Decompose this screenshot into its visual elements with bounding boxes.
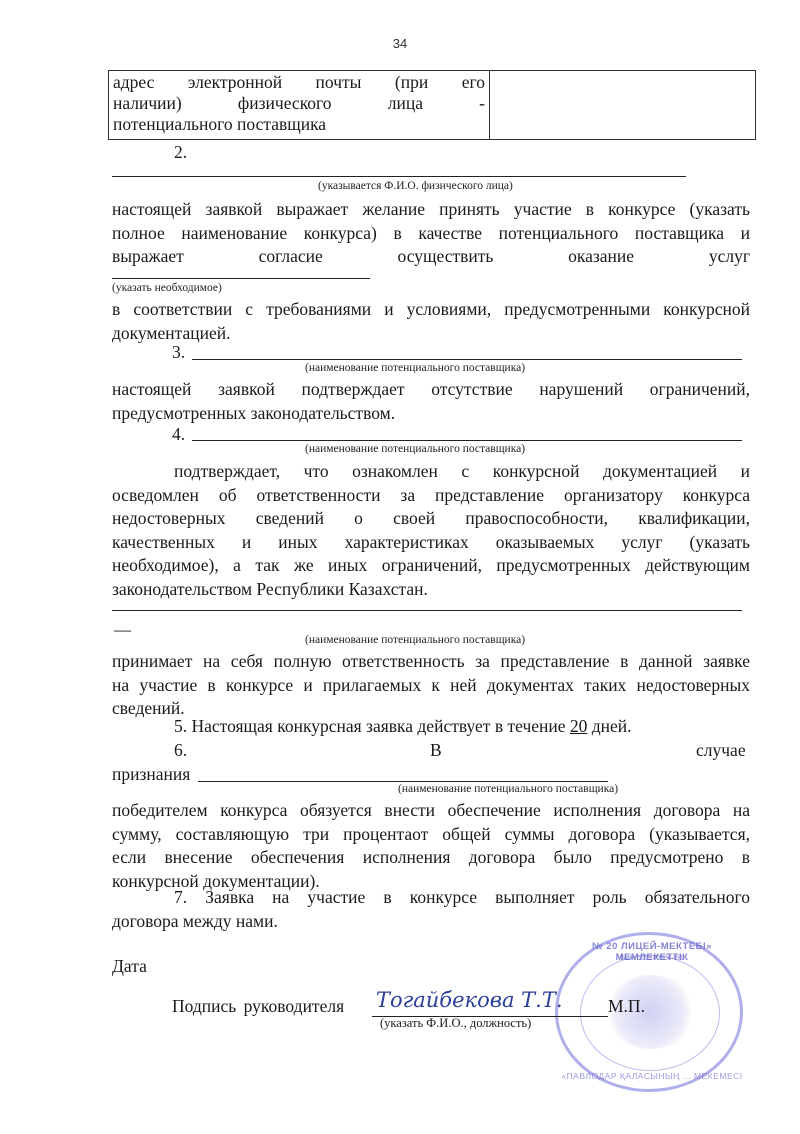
stamp-bin: БСН 021240004491 [558,955,746,962]
text-line: документацией. [112,322,750,346]
text-line: выражает согласие осуществить оказание у… [112,245,750,269]
item-5-text-end: дней. [587,716,631,736]
handwritten-signature: Тогайбекова Т.Т. [376,988,563,1012]
item-2-blank-line[interactable] [112,176,686,177]
text-line: качественных и иных характеристиках оказ… [112,531,750,555]
item-3-blank-line[interactable] [192,359,742,360]
dash: — [114,620,131,640]
text-line: недостоверных сведений о своей правоспос… [112,507,750,531]
text-line: сумму, составляющую три процентаот общей… [112,823,750,847]
table-cell-line: потенциального поставщика [113,114,485,135]
text-line: подтверждает, что ознакомлен с конкурсно… [112,460,750,484]
text-line: полное наименование конкурса) в качестве… [112,222,750,246]
text-line: настоящей заявкой подтверждает отсутстви… [112,378,750,402]
item-5-text: 5. Настоящая конкурсная заявка действует… [174,716,570,736]
item-6-blank-line[interactable] [198,781,608,782]
item-2-paragraph: настоящей заявкой выражает желание приня… [112,198,750,269]
stamp-bottom-text: «ПАВЛОДАР ҚАЛАСЫНЫҢ ... МЕКЕМЕСІ [558,1071,746,1081]
item-4-number: 4. [172,424,185,445]
item-4-paragraph: подтверждает, что ознакомлен с конкурсно… [112,460,750,601]
item-3-number: 3. [172,342,185,363]
item-2-after-paragraph: в соответствии с требованиями и условиям… [112,298,750,345]
text-line: законодательством Республики Казахстан. [112,578,750,602]
item-3-paragraph: настоящей заявкой подтверждает отсутстви… [112,378,750,425]
item-6-caption: (наименование потенциального поставщика) [398,783,618,795]
services-caption: (указать необходимое) [112,282,222,294]
text-line: в соответствии с требованиями и условиям… [112,298,750,322]
text-line: победителем конкурса обязуется внести об… [112,799,750,823]
item-2-number: 2. [174,142,187,163]
validity-days: 20 [570,716,588,736]
item-3-caption: (наименование потенциального поставщика) [305,362,525,374]
page-number: 34 [0,36,800,51]
official-stamp: № 20 ЛИЦЕЙ-МЕКТЕБІ» МЕМЛЕКЕТТІК БСН 0212… [555,932,743,1092]
item-6-number: 6. [174,740,187,761]
email-value-cell[interactable] [490,71,755,139]
item-7-paragraph: 7. Заявка на участие в конкурсе выполняе… [112,886,750,933]
item-4-blank-line[interactable] [192,440,742,441]
text-line: если внесение обеспечения исполнения дог… [112,846,750,870]
item-5: 5. Настоящая конкурсная заявка действует… [174,716,632,737]
item-6-word-v: В [430,740,442,761]
item-2-caption: (указывается Ф.И.О. физического лица) [318,180,513,192]
item-4b-paragraph: принимает на себя полную ответственность… [112,650,750,721]
text-line: настоящей заявкой выражает желание приня… [112,198,750,222]
item-6-word-case: случае [696,740,746,761]
email-table: адрес электронной почты (при его наличии… [108,70,756,140]
signature-caption: (указать Ф.И.О., должность) [380,1016,531,1031]
item-4b-caption: (наименование потенциального поставщика) [305,634,525,646]
item-4-caption: (наименование потенциального поставщика) [305,443,525,455]
text-line: необходимое), а так же иных ограничений,… [112,554,750,578]
services-blank-line[interactable] [112,278,370,279]
text-line: осведомлен об ответственности за предста… [112,484,750,508]
text-line: договора между нами. [112,910,750,934]
table-cell-line: адрес электронной почты (при его [113,72,485,93]
item-6-paragraph: победителем конкурса обязуется внести об… [112,799,750,893]
email-label-cell: адрес электронной почты (при его наличии… [109,71,490,139]
item-6-recognition: признания [112,764,190,785]
seal-label: М.П. [608,996,645,1017]
table-cell-line: наличии) физического лица - [113,93,485,114]
text-line: принимает на себя полную ответственность… [112,650,750,674]
signature-label: Подпись руководителя [172,996,344,1017]
text-line: на участие в конкурсе и прилагаемых к не… [112,674,750,698]
text-line: предусмотренных законодательством. [112,402,750,426]
text-line: 7. Заявка на участие в конкурсе выполняе… [112,886,750,910]
date-label: Дата [112,956,147,977]
supplier-blank-line[interactable] [112,610,742,611]
